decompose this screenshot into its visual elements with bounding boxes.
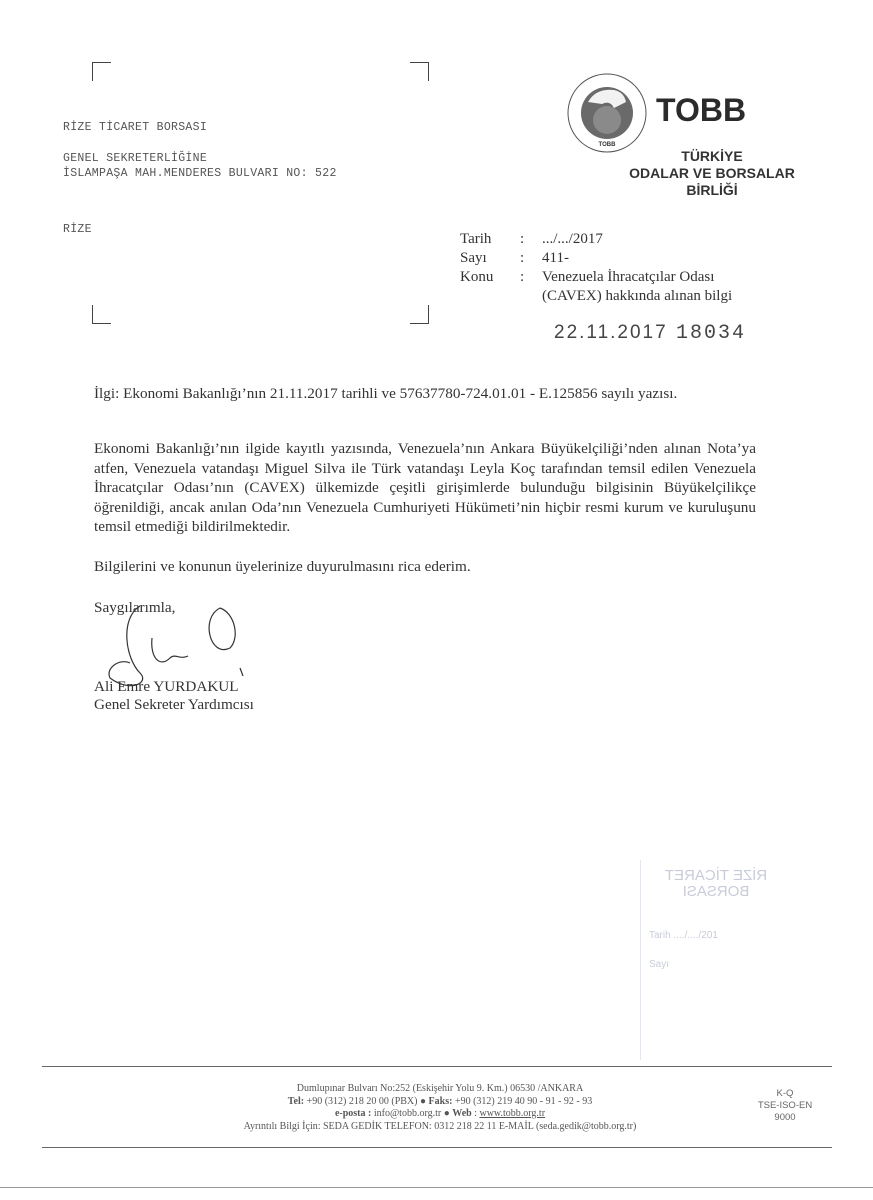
recipient-name: RİZE TİCARET BORSASI — [63, 121, 207, 134]
cert-line-1: K-Q — [740, 1088, 830, 1100]
bullet-icon: ● — [444, 1108, 450, 1119]
cert-line-3: 9000 — [740, 1112, 830, 1124]
separator: : — [520, 230, 542, 249]
receipt-stamp-line-2: BORSASI — [641, 884, 791, 900]
stamp-number: 18034 — [676, 322, 746, 345]
receipt-date-label: Tarih — [649, 930, 671, 941]
tel-value: +90 (312) 218 20 00 (PBX) — [307, 1096, 418, 1107]
org-line-3: BİRLİĞİ — [612, 182, 812, 199]
window-corner-bottom-left — [92, 305, 111, 324]
subject-line-1: Venezuela İhracatçılar Odası — [542, 268, 732, 287]
separator: : — [520, 249, 542, 268]
window-corner-top-right — [410, 62, 429, 81]
fax-label: Faks: — [429, 1096, 453, 1107]
letter-meta: Tarih : .../.../2017 Sayı : 411- Konu : … — [460, 230, 732, 306]
window-corner-bottom-right — [410, 305, 429, 324]
page-edge-rule — [0, 1187, 873, 1188]
subject-line-2: (CAVEX) hakkında alınan bilgi — [542, 287, 732, 306]
separator: : — [520, 268, 542, 306]
window-corner-top-left — [92, 62, 111, 81]
receipt-stamp: RİZE TİCARET BORSASI Tarih ..../..../201… — [640, 860, 791, 1060]
fax-value: +90 (312) 219 40 90 - 91 - 92 - 93 — [455, 1096, 592, 1107]
email-label: e-posta : — [335, 1108, 371, 1119]
receipt-stamp-line-1: RİZE TİCARET — [641, 868, 791, 884]
recipient-department: GENEL SEKRETERLİĞİNE — [63, 152, 207, 165]
number-value: 411- — [542, 249, 732, 268]
footer-contact-person: Ayrıntılı Bilgi İçin: SEDA GEDİK TELEFON… — [190, 1121, 690, 1134]
email-link[interactable]: info@tobb.org.tr — [374, 1108, 441, 1119]
date-value: .../.../2017 — [542, 230, 732, 249]
brand-wordmark: TOBB — [656, 92, 746, 129]
iso-certification: K-Q TSE-ISO-EN 9000 — [740, 1088, 830, 1124]
cert-line-2: TSE-ISO-EN — [740, 1100, 830, 1112]
stamp-date: 22.11.2017 — [554, 322, 668, 344]
footer-top-rule — [42, 1066, 832, 1067]
org-line-1: TÜRKİYE — [612, 148, 812, 165]
org-line-2: ODALAR VE BORSALAR — [612, 165, 812, 182]
footer-address: Dumlupınar Bulvarı No:252 (Eskişehir Yol… — [190, 1083, 690, 1096]
signer-name: Ali Emre YURDAKUL — [94, 677, 239, 697]
receipt-number-label: Sayı — [641, 959, 791, 970]
body-paragraph-2: Bilgilerini ve konunun üyelerinize duyur… — [94, 557, 756, 577]
recipient-city: RİZE — [63, 223, 92, 236]
footer-contact: Dumlupınar Bulvarı No:252 (Eskişehir Yol… — [190, 1083, 690, 1133]
receipt-date-value: ..../..../201 — [673, 930, 717, 941]
tel-label: Tel: — [288, 1096, 304, 1107]
subject-label: Konu — [460, 268, 520, 306]
tobb-logo-icon: TOBB — [566, 72, 648, 154]
signer-title: Genel Sekreter Yardımcısı — [94, 695, 254, 715]
web-link[interactable]: www.tobb.org.tr — [479, 1108, 545, 1119]
organization-name: TÜRKİYE ODALAR VE BORSALAR BİRLİĞİ — [612, 148, 812, 199]
recipient-address: İSLAMPAŞA MAH.MENDERES BULVARI NO: 522 — [63, 167, 337, 180]
body-paragraph-1: Ekonomi Bakanlığı’nın ilgide kayıtlı yaz… — [94, 439, 756, 537]
web-label: Web — [452, 1108, 471, 1119]
footer-bottom-rule — [42, 1147, 832, 1148]
bullet-icon: ● — [420, 1096, 426, 1107]
reference-line: İlgi: Ekonomi Bakanlığı’nın 21.11.2017 t… — [94, 384, 794, 404]
date-label: Tarih — [460, 230, 520, 249]
number-label: Sayı — [460, 249, 520, 268]
